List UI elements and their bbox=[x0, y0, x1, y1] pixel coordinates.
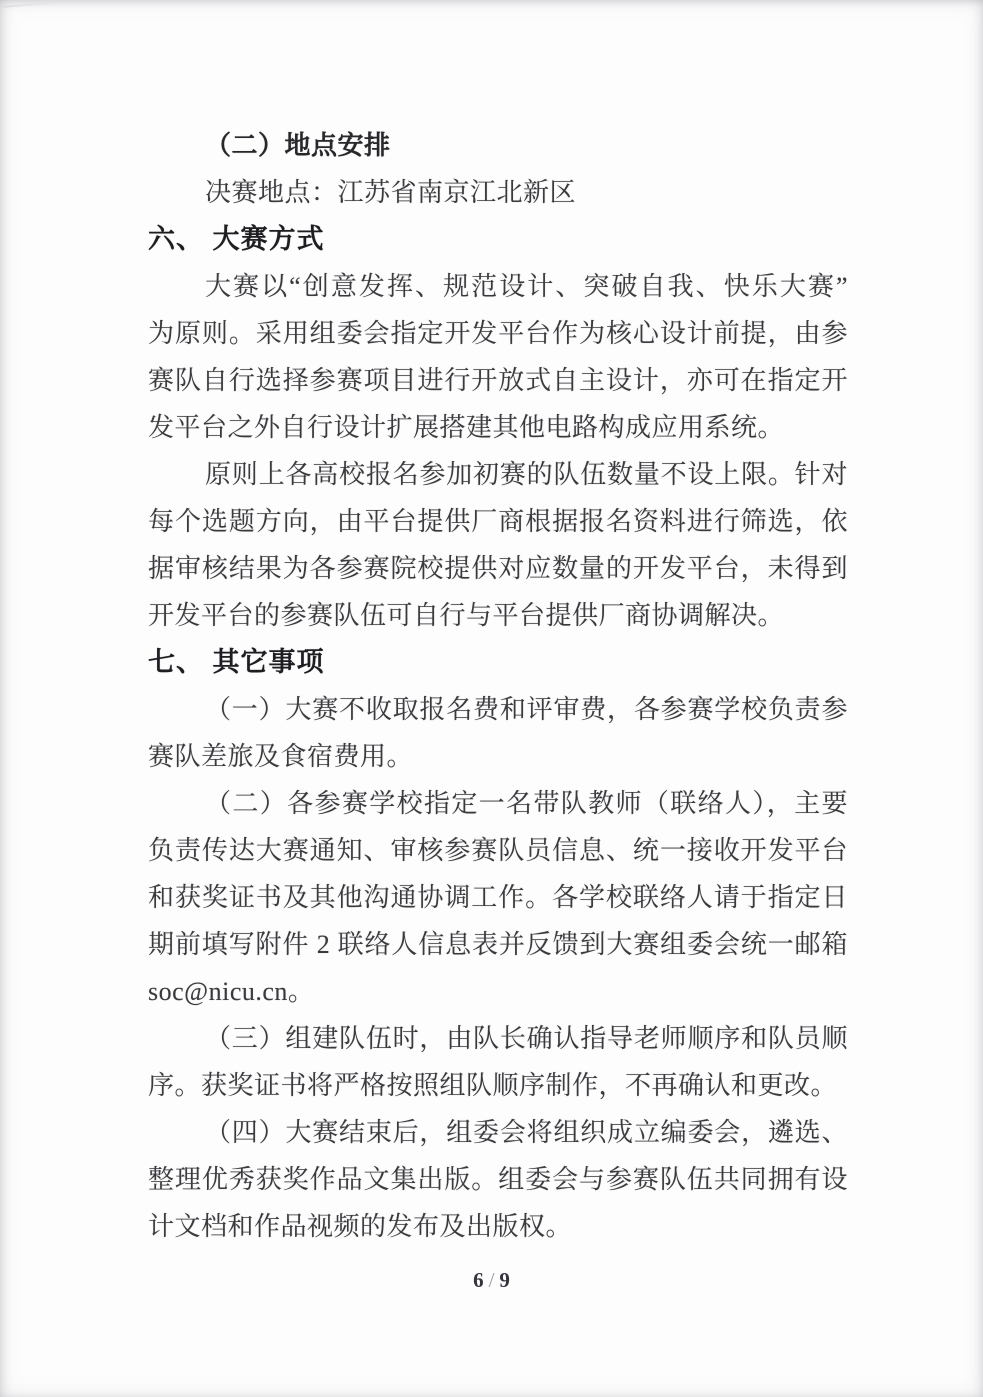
document-body: （二）地点安排 决赛地点：江苏省南京江北新区 六、 大赛方式 大赛以“创意发挥、… bbox=[148, 122, 848, 1250]
page-number-current: 6 bbox=[473, 1268, 484, 1292]
text-line: 大赛以“创意发挥、规范设计、突破自我、快乐大赛” bbox=[148, 263, 848, 310]
text-line: 计文档和作品视频的发布及出版权。 bbox=[148, 1203, 848, 1250]
document-page: （二）地点安排 决赛地点：江苏省南京江北新区 六、 大赛方式 大赛以“创意发挥、… bbox=[0, 0, 983, 1397]
text-line: 每个选题方向，由平台提供厂商根据报名资料进行筛选，依 bbox=[148, 498, 848, 545]
text-line: 期前填写附件 2 联络人信息表并反馈到大赛组委会统一邮箱 bbox=[148, 921, 848, 968]
text-line: 开发平台的参赛队伍可自行与平台提供厂商协调解决。 bbox=[148, 592, 848, 639]
text-line: 赛队自行选择参赛项目进行开放式自主设计，亦可在指定开 bbox=[148, 357, 848, 404]
text-line: 负责传达大赛通知、审核参赛队员信息、统一接收开发平台 bbox=[148, 827, 848, 874]
text-line: （一）大赛不收取报名费和评审费，各参赛学校负责参 bbox=[148, 686, 848, 733]
text-line: 序。获奖证书将严格按照组队顺序制作，不再确认和更改。 bbox=[148, 1062, 848, 1109]
text-line: 和获奖证书及其他沟通协调工作。各学校联络人请于指定日 bbox=[148, 874, 848, 921]
text-line: 为原则。采用组委会指定开发平台作为核心设计前提，由参 bbox=[148, 310, 848, 357]
text-line: 发平台之外自行设计扩展搭建其他电路构成应用系统。 bbox=[148, 404, 848, 451]
text-line: （二）各参赛学校指定一名带队教师（联络人），主要 bbox=[148, 780, 848, 827]
page-number-separator: / bbox=[489, 1268, 495, 1292]
text-line: 赛队差旅及食宿费用。 bbox=[148, 733, 848, 780]
text-line: （四）大赛结束后，组委会将组织成立编委会，遴选、 bbox=[148, 1109, 848, 1156]
heading-section-6-competition-format: 六、 大赛方式 bbox=[148, 216, 848, 263]
venue-line: 决赛地点：江苏省南京江北新区 bbox=[148, 169, 848, 216]
contact-email-line: soc@nicu.cn。 bbox=[148, 968, 848, 1015]
text-line: 原则上各高校报名参加初赛的队伍数量不设上限。针对 bbox=[148, 451, 848, 498]
page-number-total: 9 bbox=[499, 1268, 510, 1292]
text-line: 据审核结果为各参赛院校提供对应数量的开发平台，未得到 bbox=[148, 545, 848, 592]
text-line: （三）组建队伍时，由队长确认指导老师顺序和队员顺 bbox=[148, 1015, 848, 1062]
subheading-venue-arrangement: （二）地点安排 bbox=[148, 122, 848, 169]
heading-section-7-other-matters: 七、 其它事项 bbox=[148, 639, 848, 686]
page-number: 6/9 bbox=[0, 1268, 983, 1293]
scan-artifact-line bbox=[0, 2, 60, 8]
text-line: 整理优秀获奖作品文集出版。组委会与参赛队伍共同拥有设 bbox=[148, 1156, 848, 1203]
